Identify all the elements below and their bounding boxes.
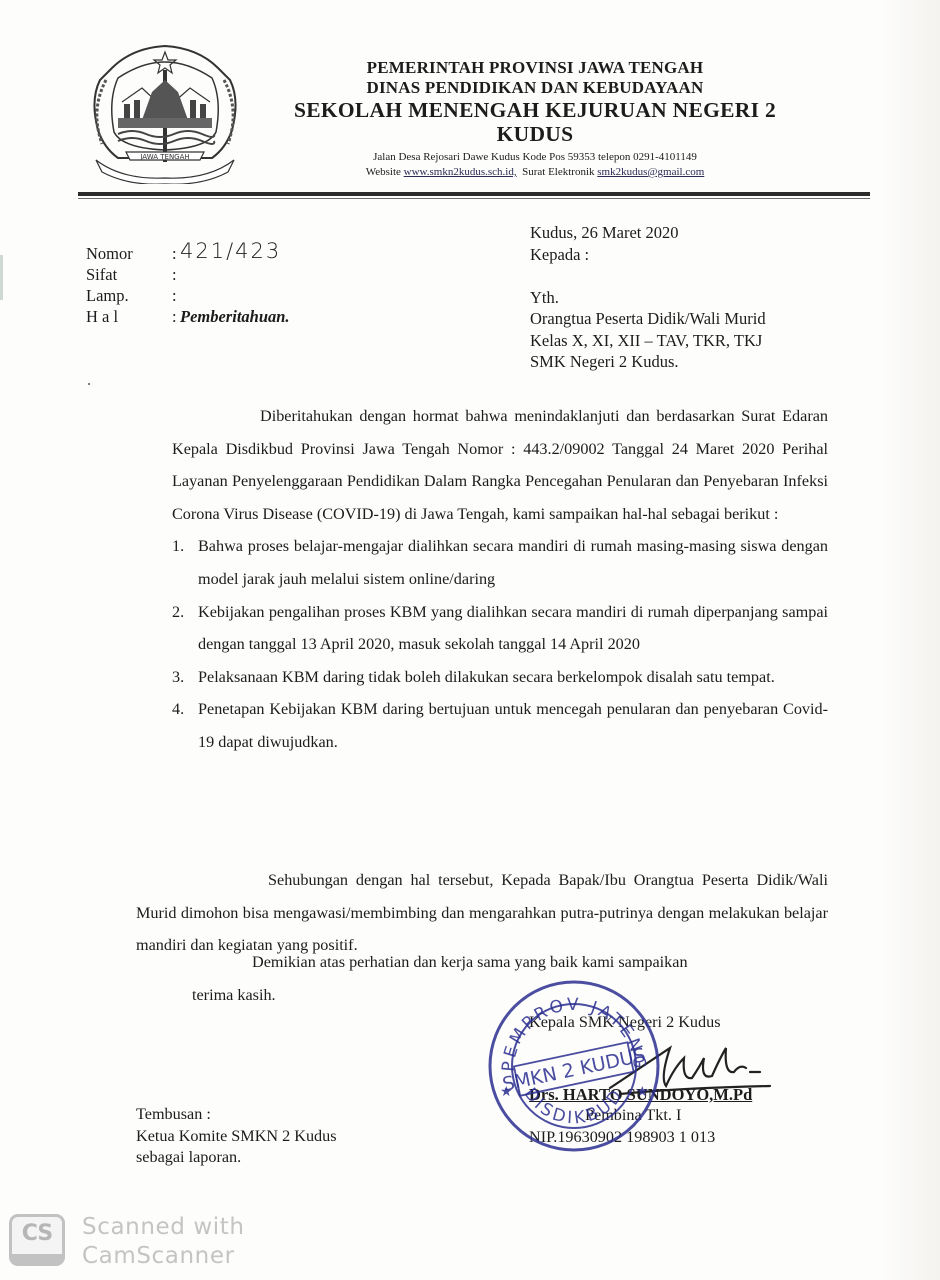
cc-line: Ketua Komite SMKN 2 Kudus	[136, 1126, 337, 1148]
cc-label: Tembusan :	[136, 1104, 337, 1126]
svg-text:★: ★	[500, 1085, 513, 1100]
website-label: Website	[366, 166, 401, 178]
list-number: 1.	[172, 530, 192, 563]
list-item: 3. Pelaksanaan KBM daring tidak boleh di…	[172, 661, 828, 694]
list-text: Bahwa proses belajar-mengajar dialihkan …	[198, 530, 828, 595]
carbon-copy: Tembusan : Ketua Komite SMKN 2 Kudus seb…	[136, 1104, 337, 1169]
email-link[interactable]: smk2kudus@gmail.com	[597, 166, 704, 178]
signer-position: Kepala SMK Negeri 2 Kudus	[529, 1012, 752, 1034]
meta-row-lamp: Lamp. :	[86, 285, 290, 306]
meta-label: H a l	[86, 306, 172, 327]
list-number: 3.	[172, 661, 192, 694]
meta-label: Lamp.	[86, 285, 172, 306]
letterhead-address: Jalan Desa Rejosari Dawe Kudus Kode Pos …	[265, 150, 805, 165]
list-number: 2.	[172, 596, 192, 629]
list-text: Penetapan Kebijakan KBM daring bertujuan…	[198, 693, 828, 758]
camscanner-watermark: Scanned with CamScanner	[82, 1213, 245, 1271]
closing-line: Demikian atas perhatian dan kerja sama y…	[136, 946, 828, 979]
list-item: 1. Bahwa proses belajar-mengajar dialihk…	[172, 530, 828, 595]
place-date: Kudus, 26 Maret 2020	[530, 222, 766, 244]
scanned-letter: JAWA TENGAH PEMERINTAH PROVINSI JAWA TEN…	[0, 0, 940, 1280]
letter-meta: Nomor : 421/423 Sifat : Lamp. : H a l : …	[86, 243, 290, 327]
letterhead-school-name: SEKOLAH MENENGAH KEJURUAN NEGERI 2 KUDUS	[265, 98, 805, 146]
letterhead-agency: DINAS PENDIDIKAN DAN KEBUDAYAAN	[265, 78, 805, 98]
closing-paragraph: Demikian atas perhatian dan kerja sama y…	[136, 946, 828, 1011]
letterhead-divider	[78, 192, 870, 196]
meta-value	[178, 264, 180, 285]
website-link[interactable]: www.smkn2kudus.sch.id,	[404, 166, 517, 178]
list-text: Kebijakan pengalihan proses KBM yang dia…	[198, 596, 828, 661]
to-label: Kepada :	[530, 244, 766, 266]
list-item: 2. Kebijakan pengalihan proses KBM yang …	[172, 596, 828, 661]
meta-row-sifat: Sifat :	[86, 264, 290, 285]
list-number: 4.	[172, 693, 192, 726]
email-label: Surat Elektronik	[522, 166, 594, 178]
recipient-line: SMK Negeri 2 Kudus.	[530, 351, 766, 373]
signer-rank: Pembina Tkt. I	[529, 1105, 752, 1127]
camscanner-logo-icon: CS	[9, 1214, 65, 1266]
intro-paragraph: Diberitahukan dengan hormat bahwa menind…	[172, 400, 828, 530]
jawa-tengah-coat-of-arms-icon: JAWA TENGAH	[82, 40, 248, 184]
list-text: Pelaksanaan KBM daring tidak boleh dilak…	[198, 661, 828, 694]
watermark-line: Scanned with	[82, 1213, 245, 1242]
watermark-line: CamScanner	[82, 1242, 245, 1271]
scan-speck	[88, 383, 90, 385]
meta-row-nomor: Nomor : 421/423	[86, 243, 290, 264]
cc-line: sebagai laporan.	[136, 1147, 337, 1169]
meta-value	[178, 285, 180, 306]
letterhead-divider-thin	[78, 198, 870, 199]
list-item: 4. Penetapan Kebijakan KBM daring bertuj…	[172, 693, 828, 758]
letter-body: Diberitahukan dengan hormat bahwa menind…	[172, 400, 828, 759]
recipient-line: Kelas X, XI, XII – TAV, TKR, TKJ	[530, 330, 766, 352]
scan-edge-artifact	[0, 255, 3, 300]
points-list: 1. Bahwa proses belajar-mengajar dialihk…	[172, 530, 828, 758]
letterhead: PEMERINTAH PROVINSI JAWA TENGAH DINAS PE…	[265, 58, 805, 179]
signer-name: Drs. HARTO SUNDOYO,M.Pd	[529, 1084, 752, 1106]
meta-row-hal: H a l : Pemberitahuan.	[86, 306, 290, 327]
letterhead-government: PEMERINTAH PROVINSI JAWA TENGAH	[265, 58, 805, 78]
letter-number: 421/423	[178, 241, 281, 262]
signer-nip: NIP.19630902 198903 1 013	[529, 1127, 752, 1149]
salutation: Yth.	[530, 287, 766, 309]
recipient-block: Kudus, 26 Maret 2020 Kepada : Yth. Orang…	[530, 222, 766, 373]
closing-thanks: terima kasih.	[136, 979, 828, 1012]
meta-label: Sifat	[86, 264, 172, 285]
letterhead-contacts: Website www.smkn2kudus.sch.id, Surat Ele…	[265, 165, 805, 179]
meta-label: Nomor	[86, 243, 172, 264]
signature-block: Kepala SMK Negeri 2 Kudus Drs. HARTO SUN…	[529, 1012, 752, 1148]
letter-subject: Pemberitahuan.	[178, 306, 290, 327]
svg-text:JAWA TENGAH: JAWA TENGAH	[139, 153, 189, 161]
recipient-line: Orangtua Peserta Didik/Wali Murid	[530, 308, 766, 330]
paper-shadow	[880, 0, 940, 1280]
camscanner-badge-text: CS	[12, 1221, 62, 1246]
